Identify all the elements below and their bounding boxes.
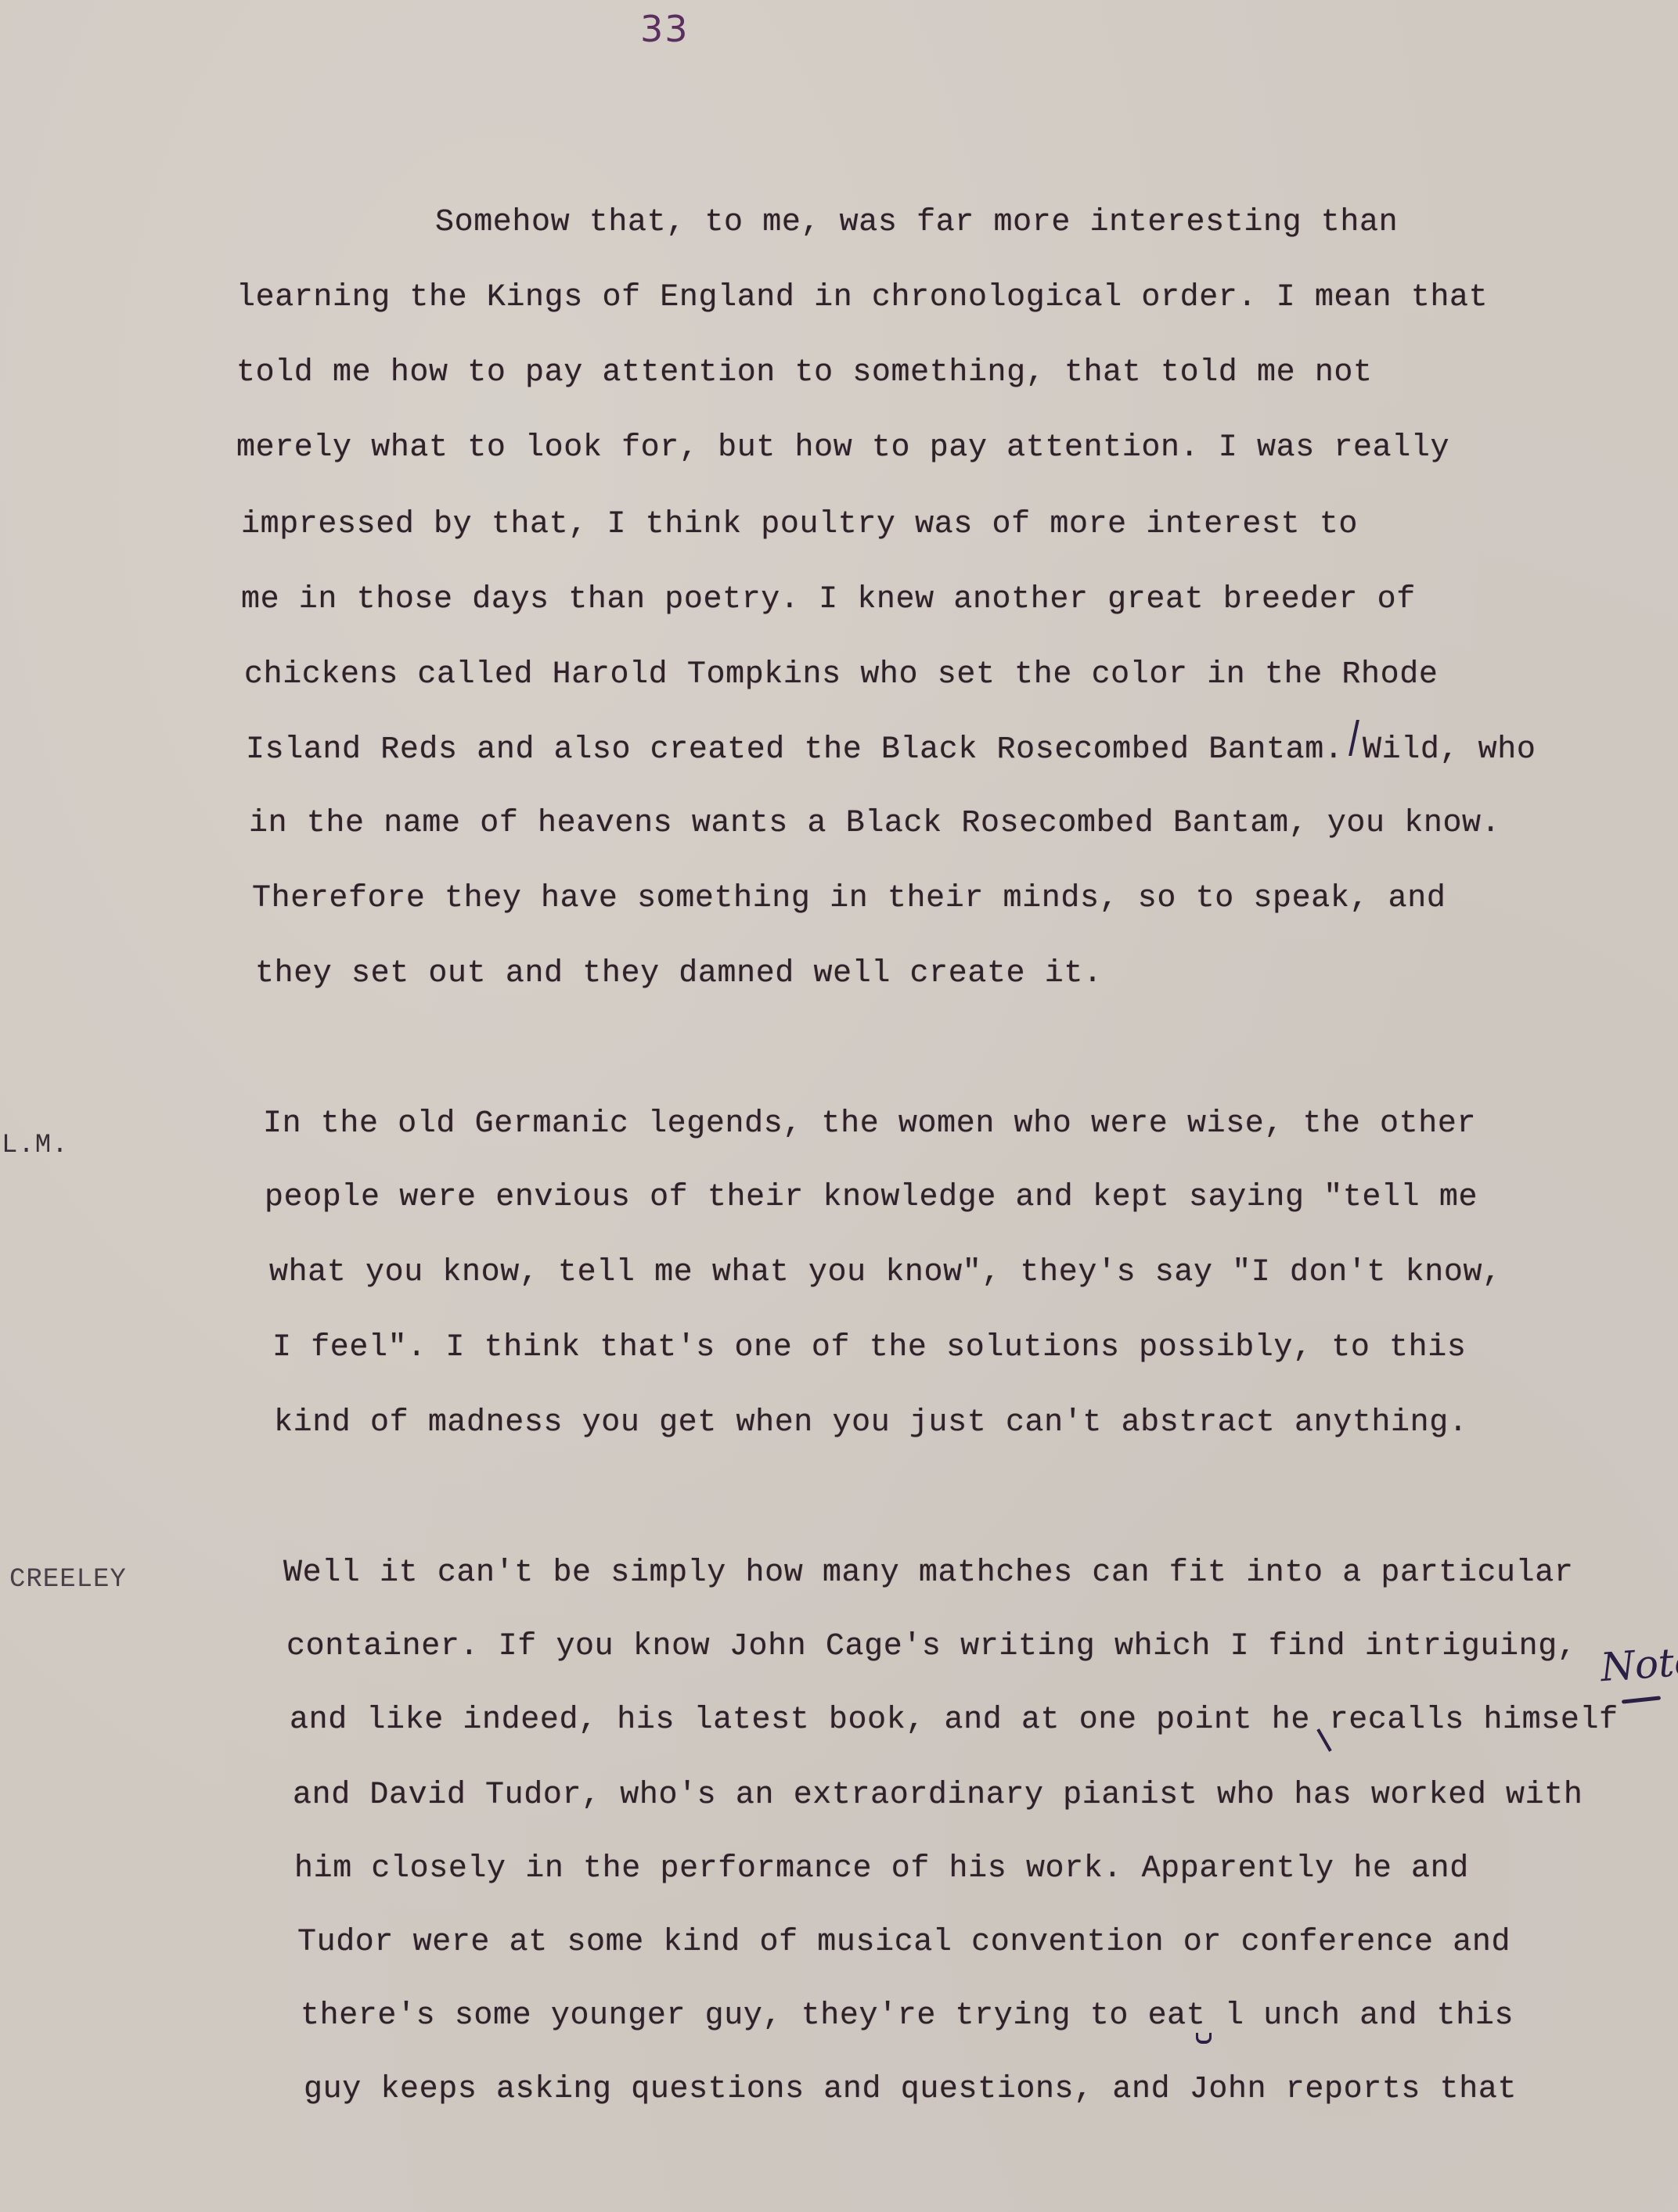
text-line: Therefore they have something in their m… [252, 881, 1446, 916]
speaker-label: L.M. [2, 1131, 69, 1160]
text-line: chickens called Harold Tompkins who set … [244, 657, 1438, 692]
text-line: container. If you know John Cage's writi… [286, 1629, 1576, 1664]
text-line: told me how to pay attention to somethin… [236, 355, 1373, 390]
text-line: what you know, tell me what you know", t… [269, 1255, 1502, 1290]
text-line: guy keeps asking questions and questions… [304, 2072, 1517, 2107]
text-line: in the name of heavens wants a Black Ros… [249, 806, 1500, 841]
speaker-label: CREELEY [9, 1565, 127, 1595]
handwritten-close-up-mark [1196, 2033, 1212, 2044]
handwritten-margin-note: Note [1599, 1638, 1678, 1690]
text-line: Somehow that, to me, was far more intere… [435, 205, 1398, 240]
text-line: people were envious of their knowledge a… [265, 1180, 1478, 1215]
text-line: him closely in the performance of his wo… [294, 1851, 1469, 1886]
text-line: Island Reds and also created the Black R… [246, 732, 1536, 768]
text-line: and David Tudor, who's an extraordinary … [293, 1778, 1583, 1813]
margin-note-underline [1622, 1696, 1661, 1703]
typewritten-page: 33 Somehow that, to me, was far more int… [0, 0, 1678, 2212]
text-line: I feel". I think that's one of the solut… [272, 1330, 1466, 1365]
text-line: me in those days than poetry. I knew ano… [241, 582, 1416, 617]
text-line: and like indeed, his latest book, and at… [290, 1703, 1619, 1738]
text-line: In the old Germanic legends, the women w… [263, 1106, 1476, 1142]
text-line: merely what to look for, but how to pay … [236, 430, 1449, 466]
page-number: 33 [640, 8, 690, 50]
text-line: they set out and they damned well create… [255, 956, 1103, 991]
text-line: learning the Kings of England in chronol… [236, 280, 1488, 315]
text-line: Tudor were at some kind of musical conve… [297, 1925, 1511, 1960]
text-line: kind of madness you get when you just ca… [274, 1405, 1467, 1440]
text-line: Well it can't be simply how many mathche… [283, 1556, 1573, 1591]
text-line: impressed by that, I think poultry was o… [241, 507, 1358, 542]
text-line: there's some younger guy, they're trying… [301, 1998, 1514, 2034]
